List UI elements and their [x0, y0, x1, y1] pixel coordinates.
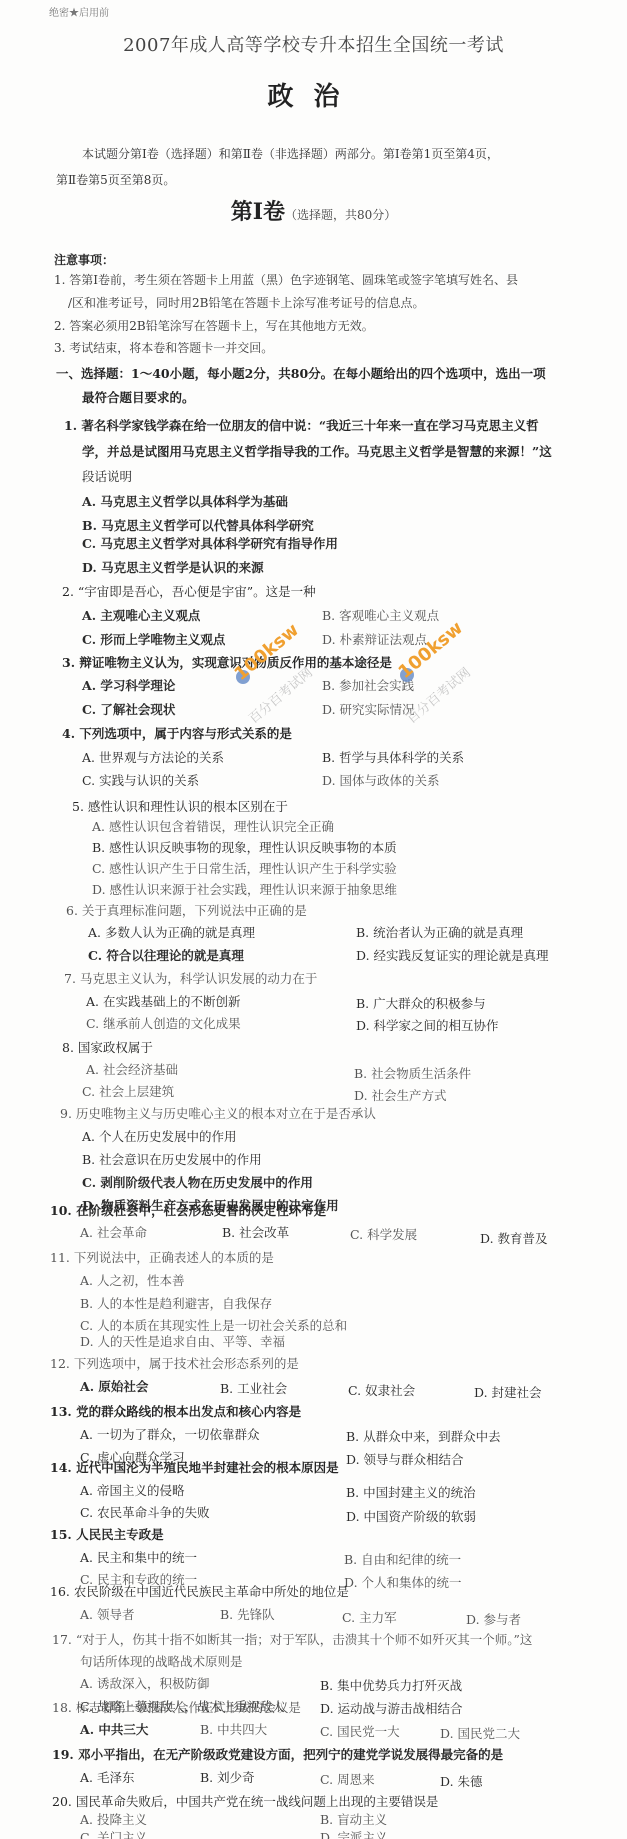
question-9-stem: 9. 历史唯物主义与历史唯心主义的根本对立在于是否承认: [60, 1106, 376, 1122]
question-13-option-a: A. 一切为了群众，一切依靠群众: [80, 1427, 259, 1443]
question-11-option-b: B. 人的本性是趋利避害，自我保存: [80, 1296, 272, 1312]
question-16-stem: 16. 农民阶级在中国近代民族民主革命中所处的地位是: [50, 1584, 349, 1600]
question-6-option-b: B. 统治者认为正确的就是真理: [356, 925, 523, 941]
intro-line-1: 本试题分第Ⅰ卷（选择题）和第Ⅱ卷（非选择题）两部分。第Ⅰ卷第1页至第4页，: [82, 146, 499, 162]
question-3-option-c: C. 了解社会现状: [82, 702, 175, 718]
question-3-option-b: B. 参加社会实践: [322, 678, 414, 694]
question-2-stem: 2. “宇宙即是吾心，吾心便是宇宙”。这是一种: [62, 584, 316, 600]
question-12-option-c: C. 奴隶社会: [348, 1383, 415, 1399]
question-19-option-b: B. 刘少奇: [200, 1770, 255, 1786]
exam-page: 绝密★启用前 2007年成人高等学校专升本招生全国统一考试 政治 本试题分第Ⅰ卷…: [0, 0, 627, 1839]
question-6-option-a: A. 多数人认为正确的就是真理: [88, 925, 255, 941]
question-14-option-d: D. 中国资产阶级的软弱: [346, 1509, 476, 1525]
watermark-logo-icon: [236, 670, 250, 684]
question-20-option-b: B. 盲动主义: [320, 1812, 387, 1828]
question-15-option-b: B. 自由和纪律的统一: [344, 1552, 461, 1568]
question-17-stem: 句话所体现的战略战术原则是: [80, 1654, 243, 1670]
question-20-option-a: A. 投降主义: [80, 1812, 147, 1828]
question-16-option-b: B. 先锋队: [220, 1607, 275, 1623]
watermark-text: 百分百考试网: [244, 662, 316, 727]
question-11-option-a: A. 人之初，性本善: [80, 1273, 184, 1289]
question-13-stem: 13. 党的群众路线的根本出发点和核心内容是: [50, 1404, 301, 1420]
question-15-option-a: A. 民主和集中的统一: [80, 1550, 197, 1566]
question-18-stem: 18. 标志着第一次国共合作正式形成的会议是: [52, 1700, 301, 1716]
question-8-option-d: D. 社会生产方式: [354, 1088, 447, 1104]
question-20-option-d: D. 宗派主义: [320, 1830, 388, 1839]
question-3-option-d: D. 研究实际情况: [322, 702, 415, 718]
question-20-option-c: C. 关门主义: [80, 1830, 147, 1839]
question-4-stem: 4. 下列选项中，属于内容与形式关系的是: [62, 726, 292, 742]
watermark-logo-icon: [400, 668, 414, 682]
question-17-option-d: D. 运动战与游击战相结合: [320, 1701, 463, 1717]
question-10-stem: 10. 在阶级社会中，社会形态更替的决定性环节是: [50, 1203, 326, 1219]
question-8-stem: 8. 国家政权属于: [62, 1040, 153, 1056]
notice-item-1-cont: /区和准考证号，同时用2B铅笔在答题卡上涂写准考证号的信息点。: [68, 295, 425, 311]
question-1-option-d: D. 马克思主义哲学是认识的来源: [82, 560, 264, 576]
confidential-label: 绝密★启用前: [49, 6, 109, 22]
question-12-stem: 12. 下列选项中，属于技术社会形态系列的是: [50, 1356, 299, 1372]
question-9-option-a: A. 个人在历史发展中的作用: [82, 1129, 236, 1145]
question-5-option-a: A. 感性认识包含着错误，理性认识完全正确: [92, 819, 334, 835]
question-2-option-c: C. 形而上学唯物主义观点: [82, 632, 225, 648]
question-1-stem: 段话说明: [82, 469, 132, 485]
question-11-stem: 11. 下列说法中，正确表述人的本质的是: [50, 1250, 274, 1266]
question-12-option-b: B. 工业社会: [220, 1381, 287, 1397]
notice-item-1: 1. 答第Ⅰ卷前，考生须在答题卡上用蓝（黑）色字迹钢笔、圆珠笔或签字笔填写姓名、…: [54, 272, 518, 288]
question-8-option-b: B. 社会物质生活条件: [354, 1066, 471, 1082]
question-14-stem: 14. 近代中国沦为半殖民地半封建社会的根本原因是: [50, 1460, 339, 1476]
question-19-stem: 19. 邓小平指出，在无产阶级政党建设方面，把列宁的建党学说发展得最完备的是: [52, 1747, 503, 1763]
intro-line-2: 第Ⅱ卷第5页至第8页。: [56, 172, 175, 188]
exam-title: 2007年成人高等学校专升本招生全国统一考试: [0, 38, 627, 54]
question-18-option-b: B. 中共四大: [200, 1722, 267, 1738]
question-5-stem: 5. 感性认识和理性认识的根本区别在于: [72, 799, 288, 815]
question-12-option-a: A. 原始社会: [80, 1379, 148, 1395]
question-3-stem: 3. 辩证唯物主义认为，实现意识对物质反作用的基本途径是: [62, 655, 392, 671]
question-11-option-c: C. 人的本质在其现实性上是一切社会关系的总和: [80, 1318, 347, 1334]
volume-note: （选择题，共80分）: [285, 208, 396, 222]
question-2-option-a: A. 主观唯心主义观点: [82, 608, 200, 624]
question-3-option-a: A. 学习科学理论: [82, 678, 175, 694]
question-11-option-d: D. 人的天性是追求自由、平等、幸福: [80, 1334, 285, 1350]
volume-title: 第Ⅰ卷: [231, 199, 285, 225]
question-14-option-c: C. 农民革命斗争的失败: [80, 1505, 210, 1521]
question-18-option-d: D. 国民党二大: [440, 1726, 520, 1742]
question-18-option-c: C. 国民党一大: [320, 1724, 400, 1740]
question-19-option-a: A. 毛泽东: [80, 1770, 134, 1786]
question-7-option-d: D. 科学家之间的相互协作: [356, 1018, 499, 1034]
question-5-option-d: D. 感性认识来源于社会实践，理性认识来源于抽象思维: [92, 882, 397, 898]
section-instructions-1: 一、选择题：1～40小题，每小题2分，共80分。在每小题给出的四个选项中，选出一…: [56, 366, 546, 382]
question-9-option-b: B. 社会意识在历史发展中的作用: [82, 1152, 262, 1168]
question-19-option-c: C. 周恩来: [320, 1772, 375, 1788]
question-16-option-c: C. 主力军: [342, 1610, 397, 1626]
question-2-option-b: B. 客观唯心主义观点: [322, 608, 439, 624]
question-4-option-c: C. 实践与认识的关系: [82, 773, 199, 789]
question-13-option-b: B. 从群众中来，到群众中去: [346, 1429, 501, 1445]
section-instructions-2: 最符合题目要求的。: [82, 390, 195, 406]
question-1-option-b: B. 马克思主义哲学可以代替具体科学研究: [82, 518, 314, 534]
question-10-option-b: B. 社会改革: [222, 1225, 289, 1241]
question-1-option-a: A. 马克思主义哲学以具体科学为基础: [82, 494, 288, 510]
question-16-option-a: A. 领导者: [80, 1607, 134, 1623]
notice-item-2: 2. 答案必须用2B铅笔涂写在答题卡上，写在其他地方无效。: [54, 318, 374, 334]
volume-heading: 第Ⅰ卷（选择题，共80分）: [0, 198, 627, 229]
question-1-stem: 学，并总是试图用马克思主义哲学指导我的工作。马克思主义哲学是智慧的来源！”这: [82, 444, 552, 460]
question-7-option-c: C. 继承前人创造的文化成果: [86, 1016, 241, 1032]
question-18-option-a: A. 中共三大: [80, 1722, 148, 1738]
question-4-option-b: B. 哲学与具体科学的关系: [322, 750, 464, 766]
question-15-option-d: D. 个人和集体的统一: [344, 1575, 462, 1591]
question-19-option-d: D. 朱德: [440, 1774, 483, 1790]
question-12-option-d: D. 封建社会: [474, 1385, 542, 1401]
question-17-option-b: B. 集中优势兵力打歼灭战: [320, 1678, 462, 1694]
question-4-option-a: A. 世界观与方法论的关系: [82, 750, 224, 766]
question-5-option-c: C. 感性认识产生于日常生活，理性认识产生于科学实验: [92, 861, 397, 877]
question-7-option-b: B. 广大群众的积极参与: [356, 996, 486, 1012]
notice-heading: 注意事项：: [54, 252, 114, 268]
question-7-option-a: A. 在实践基础上的不断创新: [86, 994, 240, 1010]
question-14-option-b: B. 中国封建主义的统治: [346, 1485, 476, 1501]
question-8-option-c: C. 社会上层建筑: [82, 1084, 174, 1100]
question-10-option-c: C. 科学发展: [350, 1227, 417, 1243]
question-1-option-c: C. 马克思主义哲学对具体科学研究有指导作用: [82, 536, 338, 552]
question-10-option-a: A. 社会革命: [80, 1225, 147, 1241]
question-6-option-d: D. 经实践反复证实的理论就是真理: [356, 948, 549, 964]
subject-title: 政治: [0, 80, 627, 114]
question-14-option-a: A. 帝国主义的侵略: [80, 1483, 184, 1499]
question-2-option-d: D. 朴素辩证法观点: [322, 632, 427, 648]
question-9-option-c: C. 剥削阶级代表人物在历史发展中的作用: [82, 1175, 313, 1191]
notice-item-3: 3. 考试结束，将本卷和答题卡一并交回。: [54, 340, 273, 356]
question-5-option-b: B. 感性认识反映事物的现象，理性认识反映事物的本质: [92, 840, 397, 856]
question-8-option-a: A. 社会经济基础: [86, 1062, 178, 1078]
question-17-option-a: A. 诱敌深入，积极防御: [80, 1676, 209, 1692]
question-6-option-c: C. 符合以往理论的就是真理: [88, 948, 244, 964]
question-6-stem: 6. 关于真理标准问题，下列说法中正确的是: [66, 903, 307, 919]
question-16-option-d: D. 参与者: [466, 1612, 521, 1628]
question-1-stem: 1. 著名科学家钱学森在给一位朋友的信中说：“我近三十年来一直在学习马克思主义哲: [64, 418, 539, 434]
question-10-option-d: D. 教育普及: [480, 1231, 548, 1247]
question-15-stem: 15. 人民民主专政是: [50, 1527, 164, 1543]
question-17-stem: 17. “对于人，伤其十指不如断其一指；对于军队，击溃其十个师不如歼灭其一个师。…: [52, 1632, 532, 1648]
question-7-stem: 7. 马克思主义认为，科学认识发展的动力在于: [64, 971, 317, 987]
question-20-stem: 20. 国民革命失败后，中国共产党在统一战线问题上出现的主要错误是: [52, 1794, 438, 1810]
question-4-option-d: D. 国体与政体的关系: [322, 773, 440, 789]
question-13-option-d: D. 领导与群众相结合: [346, 1452, 464, 1468]
